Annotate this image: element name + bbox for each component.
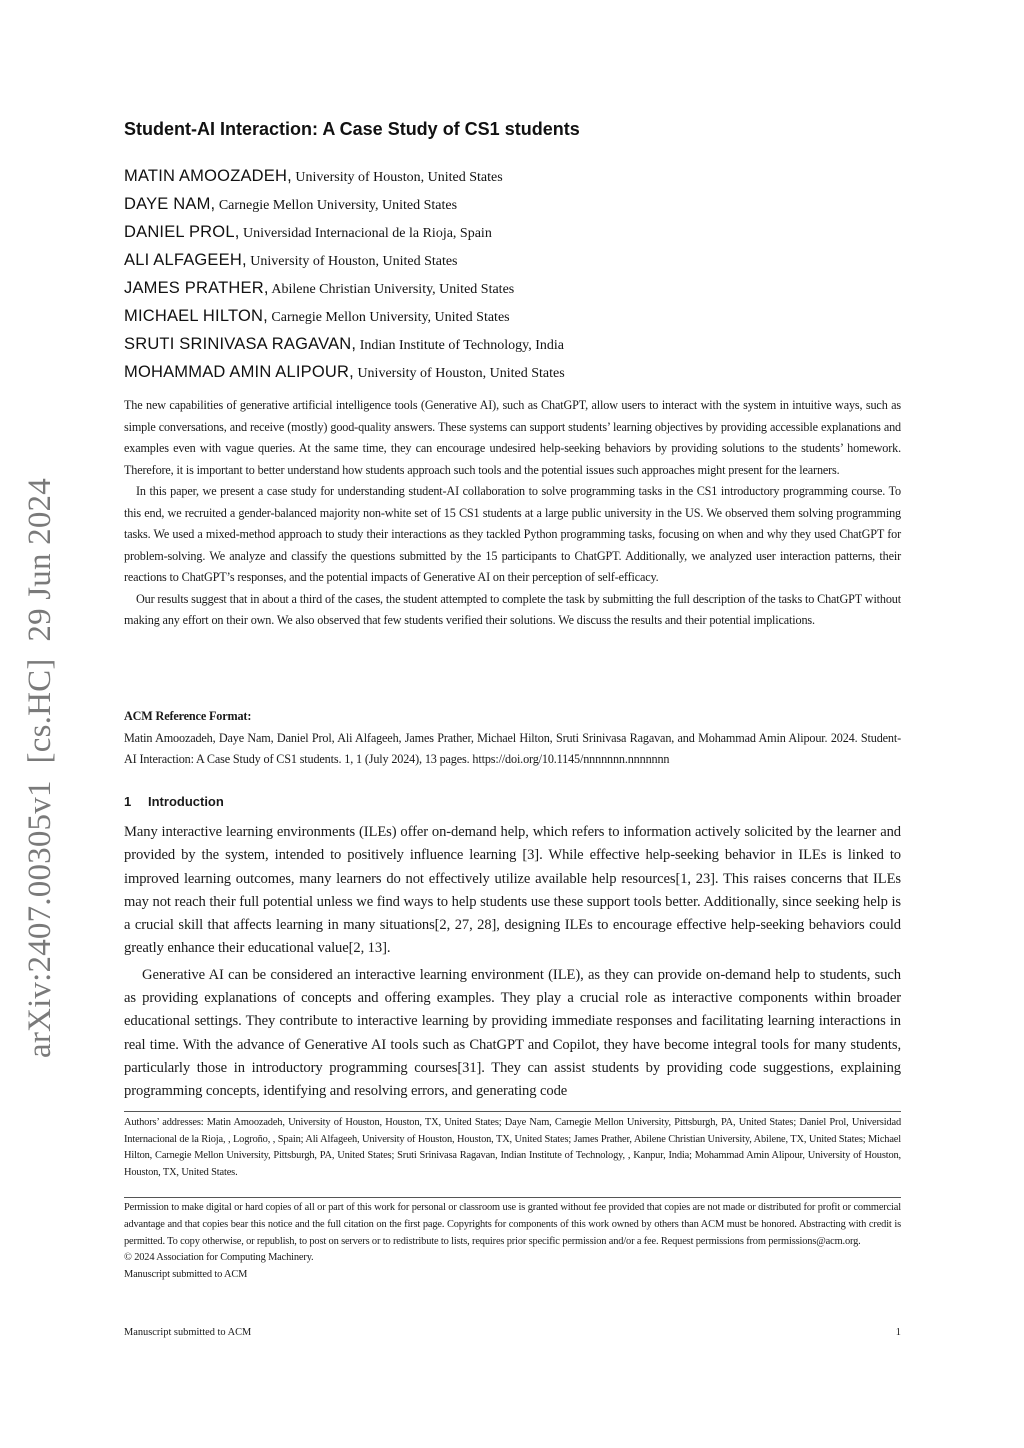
footer-manuscript-label: Manuscript submitted to ACM	[124, 1327, 251, 1338]
author-name: MICHAEL HILTON,	[124, 307, 268, 325]
author-affiliation: Indian Institute of Technology, India	[356, 338, 564, 353]
author-name: ALI ALFAGEEH,	[124, 251, 247, 269]
abstract: The new capabilities of generative artif…	[124, 395, 901, 632]
footnote-divider	[124, 1111, 901, 1112]
page-footer: Manuscript submitted to ACM 1	[124, 1327, 901, 1338]
author-affiliation: Abilene Christian University, United Sta…	[269, 282, 515, 297]
author-affiliation: University of Houston, United States	[354, 366, 565, 381]
author-entry: DANIEL PROL, Universidad Internacional d…	[124, 218, 565, 246]
author-name: JAMES PRATHER,	[124, 279, 269, 297]
acm-reference-text: Matin Amoozadeh, Daye Nam, Daniel Prol, …	[124, 731, 901, 767]
section-heading: 1Introduction	[124, 794, 224, 809]
author-name: MATIN AMOOZADEH,	[124, 167, 292, 185]
author-entry: SRUTI SRINIVASA RAGAVAN, Indian Institut…	[124, 330, 565, 358]
permission-text: Permission to make digital or hard copie…	[124, 1200, 901, 1250]
author-list: MATIN AMOOZADEH, University of Houston, …	[124, 162, 565, 386]
author-affiliation: Carnegie Mellon University, United State…	[215, 198, 457, 213]
section-title: Introduction	[148, 794, 224, 809]
author-entry: ALI ALFAGEEH, University of Houston, Uni…	[124, 246, 565, 274]
permission-divider	[124, 1197, 901, 1198]
manuscript-note: Manuscript submitted to ACM	[124, 1267, 901, 1284]
author-name: SRUTI SRINIVASA RAGAVAN,	[124, 335, 356, 353]
author-entry: DAYE NAM, Carnegie Mellon University, Un…	[124, 190, 565, 218]
section-number: 1	[124, 794, 148, 809]
author-entry: MOHAMMAD AMIN ALIPOUR, University of Hou…	[124, 358, 565, 386]
abstract-paragraph: In this paper, we present a case study f…	[124, 481, 901, 589]
permission-notice: Permission to make digital or hard copie…	[124, 1200, 901, 1284]
author-affiliation: University of Houston, United States	[292, 170, 503, 185]
author-entry: MATIN AMOOZADEH, University of Houston, …	[124, 162, 565, 190]
acm-reference-label: ACM Reference Format:	[124, 706, 901, 728]
author-affiliation: Universidad Internacional de la Rioja, S…	[240, 226, 492, 241]
authors-addresses-footnote: Authors’ addresses: Matin Amoozadeh, Uni…	[124, 1115, 901, 1181]
author-affiliation: University of Houston, United States	[247, 254, 458, 269]
page-number: 1	[896, 1327, 901, 1338]
author-entry: JAMES PRATHER, Abilene Christian Univers…	[124, 274, 565, 302]
author-name: MOHAMMAD AMIN ALIPOUR,	[124, 363, 354, 381]
arxiv-identifier-stamp: arXiv:2407.00305v1 [cs.HC] 29 Jun 2024	[22, 478, 59, 1058]
author-name: DANIEL PROL,	[124, 223, 240, 241]
abstract-paragraph: The new capabilities of generative artif…	[124, 395, 901, 481]
author-affiliation: Carnegie Mellon University, United State…	[268, 310, 510, 325]
abstract-paragraph: Our results suggest that in about a thir…	[124, 589, 901, 632]
acm-reference-format: ACM Reference Format: Matin Amoozadeh, D…	[124, 706, 901, 771]
author-entry: MICHAEL HILTON, Carnegie Mellon Universi…	[124, 302, 565, 330]
body-paragraph: Many interactive learning environments (…	[124, 821, 901, 961]
introduction-body: Many interactive learning environments (…	[124, 821, 901, 1104]
author-name: DAYE NAM,	[124, 195, 215, 213]
paper-title: Student-AI Interaction: A Case Study of …	[124, 119, 580, 140]
body-paragraph: Generative AI can be considered an inter…	[124, 964, 901, 1104]
copyright-notice: © 2024 Association for Computing Machine…	[124, 1250, 901, 1267]
